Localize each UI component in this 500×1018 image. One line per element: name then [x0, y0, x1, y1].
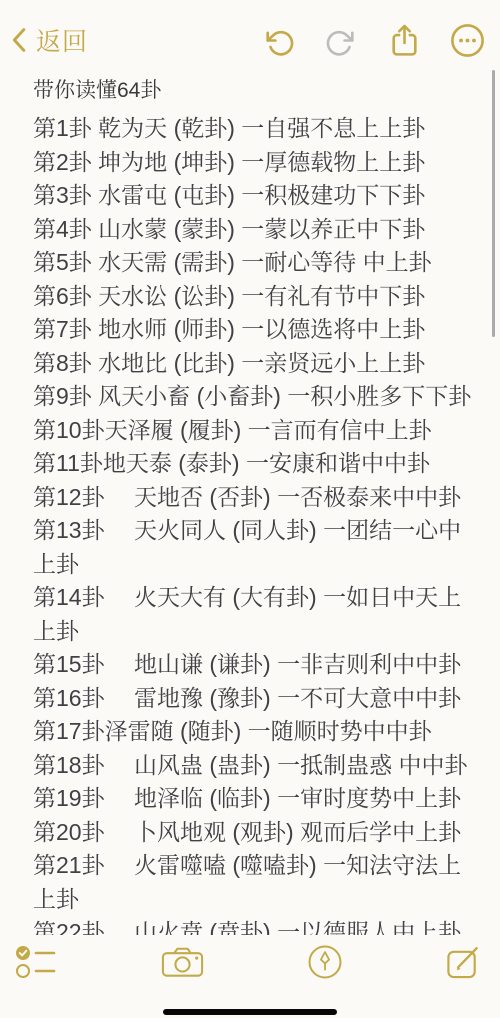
more-icon [449, 22, 486, 59]
camera-button[interactable] [159, 943, 206, 981]
hexagram-entry[interactable]: 第21卦 火雷噬嗑 (噬嗑卦) 一知法守法上 上卦 [33, 849, 490, 916]
share-icon [386, 22, 423, 59]
hexagram-entry[interactable]: 第12卦 天地否 (否卦) 一否极泰来中中卦 [33, 481, 490, 515]
hexagram-entry[interactable]: 第18卦 山风蛊 (蛊卦) 一抵制蛊惑 中中卦 [33, 749, 490, 783]
more-button[interactable] [449, 22, 486, 59]
home-indicator[interactable] [163, 1009, 337, 1015]
hexagram-entry[interactable]: 第20卦 卜风地观 (观卦) 观而后学中上卦 [33, 816, 490, 850]
compose-icon [445, 943, 482, 981]
hexagram-entry[interactable]: 第1卦 乾为天 (乾卦) 一自强不息上上卦 [33, 112, 490, 146]
nav-bar: 返回 [0, 0, 500, 70]
checklist-button[interactable] [14, 943, 58, 981]
checklist-icon [14, 943, 58, 981]
back-chevron-icon [10, 25, 29, 55]
hexagram-entry[interactable]: 第3卦 水雷屯 (屯卦) 一积极建功下下卦 [33, 179, 490, 213]
redo-button[interactable] [323, 22, 360, 59]
undo-icon [260, 22, 297, 59]
hexagram-entry[interactable]: 第6卦 天水讼 (讼卦) 一有礼有节中下卦 [33, 280, 490, 314]
markup-icon [306, 943, 344, 981]
hexagram-entry[interactable]: 第7卦 地水师 (师卦) 一以德选将中上卦 [33, 313, 490, 347]
nav-actions [260, 22, 486, 59]
hexagram-entry[interactable]: 第14卦 火天大有 (大有卦) 一如日中天上 上卦 [33, 581, 490, 648]
back-label: 返回 [36, 22, 88, 58]
hexagram-entry[interactable]: 第10卦天泽履 (履卦) 一言而有信中上卦 [33, 414, 490, 448]
hexagram-entry[interactable]: 第11卦地天泰 (泰卦) 一安康和谐中中卦 [33, 447, 490, 481]
note-title[interactable]: 带你读懂64卦 [33, 76, 490, 106]
hexagram-entry[interactable]: 第15卦 地山谦 (谦卦) 一非吉则利中中卦 [33, 648, 490, 682]
hexagram-entry[interactable]: 第19卦 地泽临 (临卦) 一审时度势中上卦 [33, 782, 490, 816]
hexagram-entry[interactable]: 第5卦 水天需 (需卦) 一耐心等待 中上卦 [33, 246, 490, 280]
hexagram-entry[interactable]: 第4卦 山水蒙 (蒙卦) 一蒙以养正中下卦 [33, 213, 490, 247]
hexagram-entry[interactable]: 第16卦 雷地豫 (豫卦) 一不可大意中中卦 [33, 682, 490, 716]
camera-icon [159, 943, 206, 981]
hexagram-list: 第1卦 乾为天 (乾卦) 一自强不息上上卦第2卦 坤为地 (坤卦) 一厚德载物上… [33, 112, 490, 935]
hexagram-entry[interactable]: 第17卦泽雷随 (随卦) 一随顺时势中中卦 [33, 715, 490, 749]
hexagram-entry[interactable]: 第8卦 水地比 (比卦) 一亲贤远小上上卦 [33, 347, 490, 381]
bottom-toolbar [0, 935, 500, 1018]
hexagram-entry[interactable]: 第9卦 风天小畜 (小畜卦) 一积小胜多下下卦 [33, 380, 490, 414]
note-editor[interactable]: 带你读懂64卦 第1卦 乾为天 (乾卦) 一自强不息上上卦第2卦 坤为地 (坤卦… [0, 70, 500, 935]
back-button[interactable]: 返回 [10, 22, 88, 58]
share-button[interactable] [386, 22, 423, 59]
scrollbar-thumb[interactable] [492, 70, 495, 337]
undo-button[interactable] [260, 22, 297, 59]
hexagram-entry[interactable]: 第13卦 天火同人 (同人卦) 一团结一心中 上卦 [33, 514, 490, 581]
hexagram-entry[interactable]: 第2卦 坤为地 (坤卦) 一厚德载物上上卦 [33, 146, 490, 180]
markup-button[interactable] [306, 943, 344, 981]
compose-button[interactable] [445, 943, 482, 981]
hexagram-entry[interactable]: 第22卦 山火贲 (贲卦) 一以德服人中上卦 [33, 916, 490, 935]
redo-icon [323, 22, 360, 59]
